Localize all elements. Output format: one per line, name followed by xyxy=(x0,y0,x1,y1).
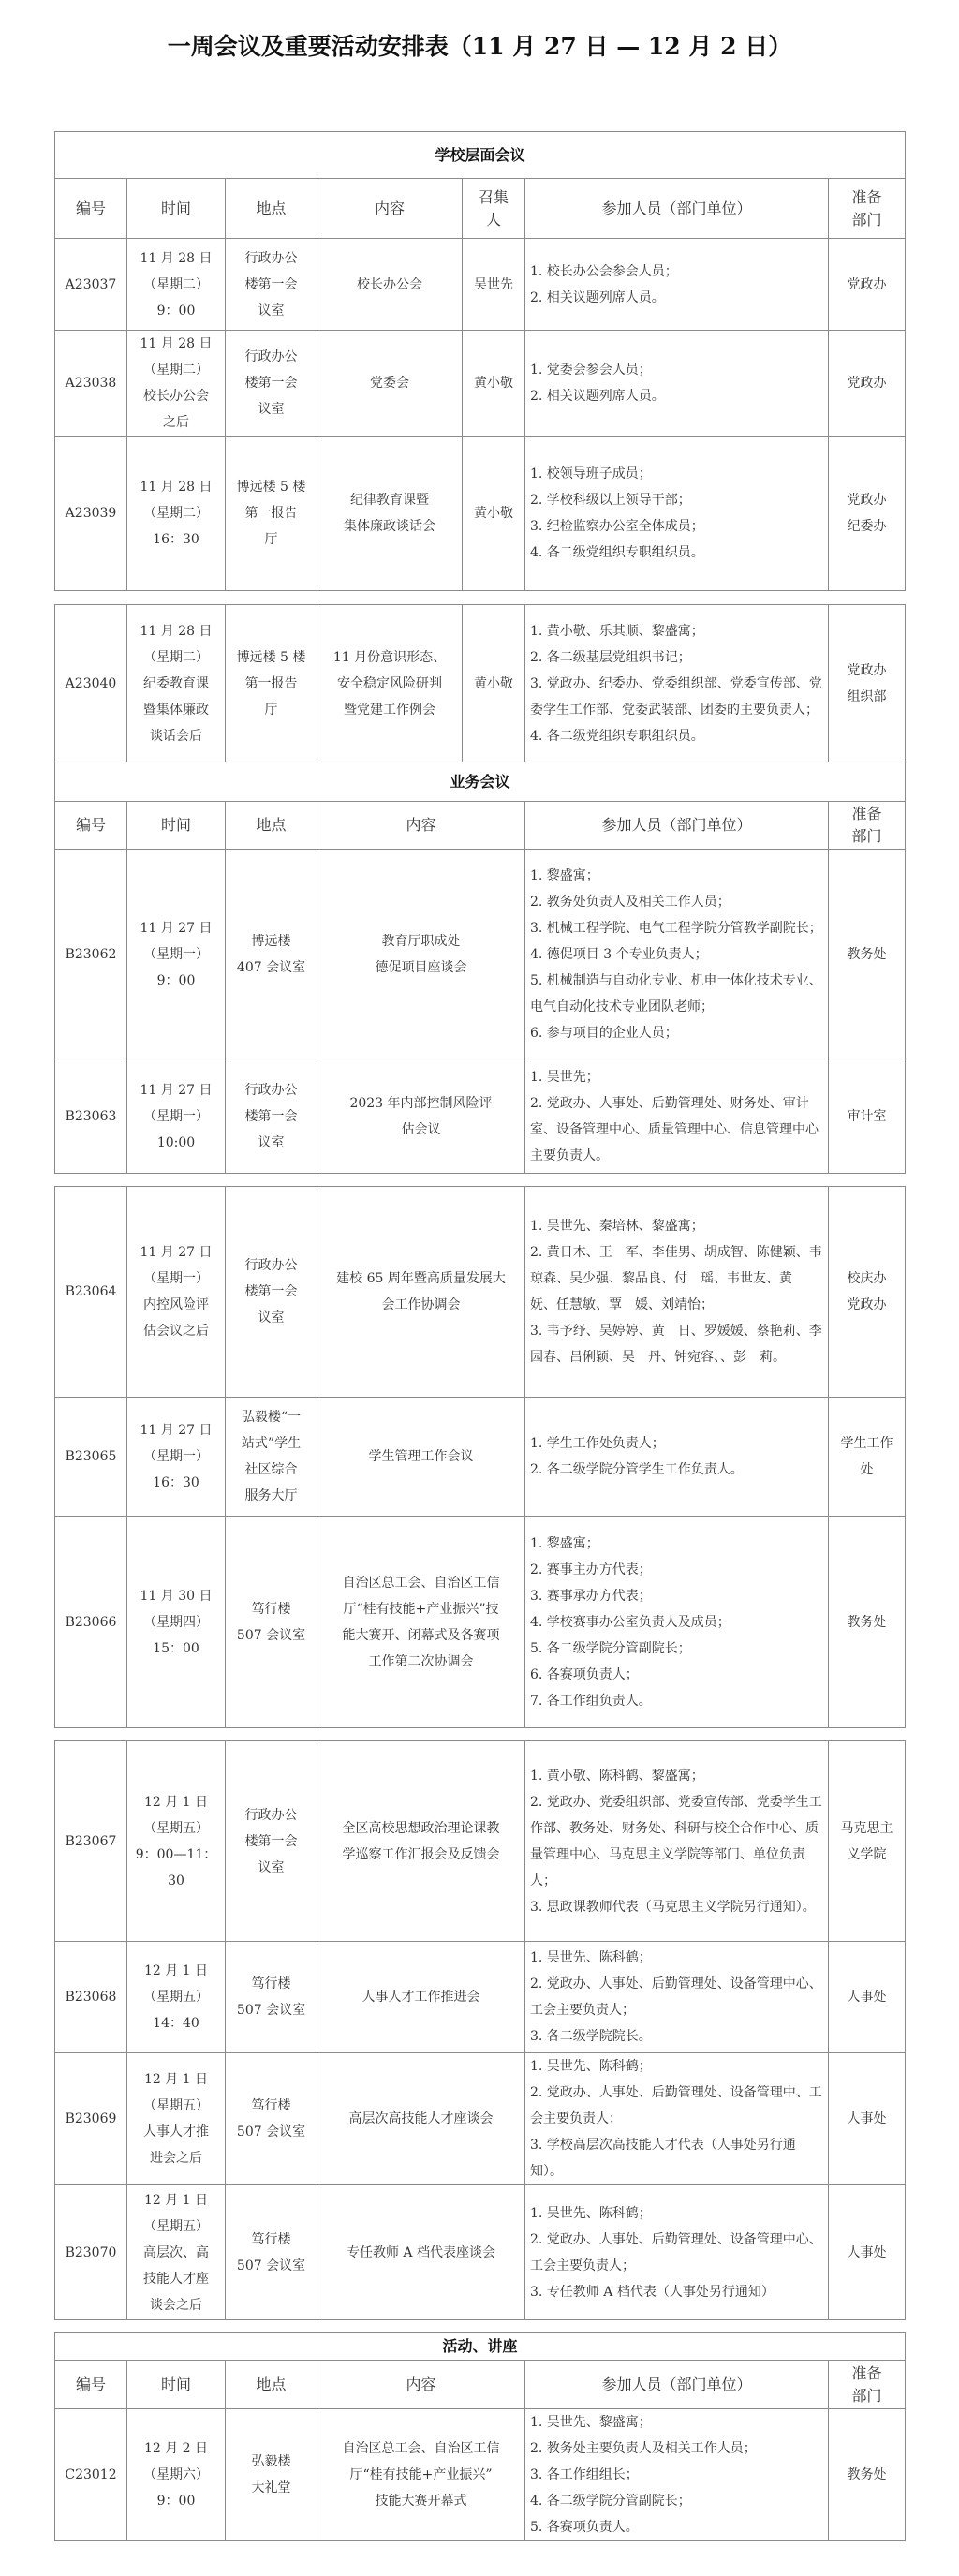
cell-participants-line: 1. 校领导班子成员； xyxy=(530,461,823,487)
cell-place: 行政办公楼第一会议室 xyxy=(226,1187,317,1398)
section-title-school: 学校层面会议 xyxy=(55,132,906,179)
cell-time-line: 进会之后 xyxy=(131,2145,221,2171)
table-row: A2304011 月 28 日（星期二）纪委教育课暨集体廉政谈话会后博远楼 5 … xyxy=(55,605,906,762)
section-title-activities: 活动、讲座 xyxy=(55,2333,906,2361)
cell-participants-line: 3. 学校高层次高技能人才代表（人事处另行通知）。 xyxy=(530,2132,823,2184)
cell-participants: 1. 黄小敬、陈科鹤、黎盛寓；2. 党政办、党委组织部、党委宣传部、党委学生工作… xyxy=(525,1741,829,1942)
cell-time: 12 月 1 日（星期五）人事人才推进会之后 xyxy=(127,2053,226,2185)
cell-time-line: 16：30 xyxy=(131,1470,221,1496)
cell-participants-line: 1. 吴世先、陈科鹤； xyxy=(530,2200,823,2227)
cell-time: 11 月 27 日（星期一）16：30 xyxy=(127,1398,226,1517)
cell-content: 教育厅职成处德促项目座谈会 xyxy=(317,850,525,1059)
cell-convener: 吴世先 xyxy=(463,239,525,331)
cell-time: 12 月 1 日（星期五）9：00—11：30 xyxy=(127,1741,226,1942)
cell-participants: 1. 吴世先、陈科鹤；2. 党政办、人事处、后勤管理处、设备管理中心、工会主要负… xyxy=(525,2185,829,2320)
table-row: B2306611 月 30 日（星期四）15：00笃行楼507 会议室自治区总工… xyxy=(55,1517,906,1728)
cell-dept: 党政办组织部 xyxy=(829,605,906,762)
cell-content-line: 高层次高技能人才座谈会 xyxy=(321,2106,521,2132)
cell-time: 11 月 30 日（星期四）15：00 xyxy=(127,1517,226,1728)
cell-time: 11 月 27 日（星期一）10:00 xyxy=(127,1059,226,1174)
cell-content-line: 教育厅职成处 xyxy=(321,928,521,955)
cell-time-line: 12 月 1 日 xyxy=(131,1789,221,1815)
cell-content-line: 11 月份意识形态、 xyxy=(321,644,458,671)
header-dept: 准备部门 xyxy=(829,802,906,850)
cell-dept: 人事处 xyxy=(829,1942,906,2053)
cell-dept-line: 人事处 xyxy=(833,1984,901,2010)
cell-dept: 教务处 xyxy=(829,1517,906,1728)
cell-time-line: 11 月 28 日 xyxy=(131,474,221,500)
cell-content-line: 学生管理工作会议 xyxy=(321,1443,521,1470)
cell-dept-line: 党政办 xyxy=(833,658,901,684)
cell-place: 博远楼 5 楼第一报告厅 xyxy=(226,437,317,591)
cell-place-line: 厅 xyxy=(229,697,313,723)
cell-participants-line: 3. 各工作组组长； xyxy=(530,2462,823,2488)
cell-participants: 1. 学生工作处负责人；2. 各二级学院分管学生工作负责人。 xyxy=(525,1398,829,1517)
cell-participants-line: 2. 学校科级以上领导干部； xyxy=(530,487,823,513)
cell-place: 行政办公楼第一会议室 xyxy=(226,1741,317,1942)
cell-dept-line: 人事处 xyxy=(833,2106,901,2132)
cell-participants-line: 3. 专任教师 A 档代表（人事处另行通知） xyxy=(530,2279,823,2305)
cell-place-line: 行政办公 xyxy=(229,1252,313,1279)
cell-dept-line: 教务处 xyxy=(833,1609,901,1636)
cell-time: 11 月 27 日（星期一）9：00 xyxy=(127,850,226,1059)
cell-participants-line: 4. 德促项目 3 个专业负责人； xyxy=(530,941,823,968)
table-row: A2303811 月 28 日（星期二）校长办公会之后行政办公楼第一会议室党委会… xyxy=(55,331,906,437)
cell-time-line: 9：00—11： xyxy=(131,1842,221,1868)
cell-dept-line: 校庆办 xyxy=(833,1266,901,1292)
cell-place-line: 楼第一会 xyxy=(229,370,313,396)
header-participants: 参加人员（部门单位） xyxy=(525,802,829,850)
cell-participants: 1. 校长办公会参会人员；2. 相关议题列席人员。 xyxy=(525,239,829,331)
cell-place-line: 社区综合 xyxy=(229,1457,313,1483)
cell-participants-line: 3. 韦予纾、吴婷婷、黄 日、罗媛媛、蔡艳莉、李园春、吕俐颖、吴 丹、钟宛容、、… xyxy=(530,1318,823,1370)
cell-content-line: 德促项目座谈会 xyxy=(321,955,521,981)
table-row: C2301212 月 2 日（星期六）9：00弘毅楼大礼堂自治区总工会、自治区工… xyxy=(55,2409,906,2541)
cell-time-line: 内控风险评 xyxy=(131,1292,221,1318)
cell-time: 11 月 28 日（星期二）16：30 xyxy=(127,437,226,591)
cell-content-line: 专任教师 A 档代表座谈会 xyxy=(321,2240,521,2266)
cell-time: 12 月 2 日（星期六）9：00 xyxy=(127,2409,226,2541)
cell-content: 建校 65 周年暨高质量发展大会工作协调会 xyxy=(317,1187,525,1398)
cell-participants-line: 1. 黄小敬、乐其顺、黎盛寓； xyxy=(530,618,823,644)
cell-participants: 1. 吴世先、陈科鹤；2. 党政办、人事处、后勤管理处、设备管理中心、工会主要负… xyxy=(525,1942,829,2053)
cell-place: 笃行楼507 会议室 xyxy=(226,2185,317,2320)
cell-place-line: 笃行楼 xyxy=(229,1596,313,1622)
cell-time-line: 谈话会后 xyxy=(131,723,221,749)
cell-participants-line: 1. 黄小敬、陈科鹤、黎盛寓； xyxy=(530,1763,823,1789)
cell-id: B23062 xyxy=(55,850,127,1059)
cell-time-line: 11 月 27 日 xyxy=(131,915,221,941)
cell-time-line: 11 月 27 日 xyxy=(131,1077,221,1103)
activities-table: 活动、讲座 编号 时间 地点 内容 参加人员（部门单位） 准备部门 C23012… xyxy=(54,2332,906,2541)
header-place: 地点 xyxy=(226,179,317,239)
cell-time-line: 暨集体廉政 xyxy=(131,697,221,723)
cell-place-line: 弘毅楼 xyxy=(229,2449,313,2475)
cell-time-line: 15：00 xyxy=(131,1636,221,1662)
cell-time-line: 30 xyxy=(131,1868,221,1894)
cell-time: 12 月 1 日（星期五）高层次、高技能人才座谈会之后 xyxy=(127,2185,226,2320)
cell-participants-line: 2. 赛事主办方代表； xyxy=(530,1557,823,1583)
cell-content-line: 工作第二次协调会 xyxy=(321,1649,521,1675)
cell-place-line: 博远楼 5 楼 xyxy=(229,644,313,671)
document-title: 一周会议及重要活动安排表（11 月 27 日 — 12 月 2 日） xyxy=(0,28,959,62)
cell-place: 行政办公楼第一会议室 xyxy=(226,239,317,331)
cell-time-line: 9：00 xyxy=(131,2488,221,2514)
cell-participants: 1. 吴世先、秦培林、黎盛寓；2. 黄日木、王 军、李佳男、胡成智、陈健颖、韦琼… xyxy=(525,1187,829,1398)
cell-id: A23039 xyxy=(55,437,127,591)
cell-participants: 1. 吴世先、陈科鹤；2. 党政办、人事处、后勤管理处、设备管理中、工会主要负责… xyxy=(525,2053,829,2185)
cell-time: 12 月 1 日（星期五）14：40 xyxy=(127,1942,226,2053)
cell-place: 笃行楼507 会议室 xyxy=(226,1942,317,2053)
cell-id: A23037 xyxy=(55,239,127,331)
header-row: 编号 时间 地点 内容 召集人 参加人员（部门单位） 准备部门 xyxy=(55,179,906,239)
cell-dept-line: 党政办 xyxy=(833,1292,901,1318)
cell-time-line: 11 月 28 日 xyxy=(131,331,221,357)
header-content: 内容 xyxy=(317,179,463,239)
cell-participants-line: 3. 党政办、纪委办、党委组织部、党委宣传部、党委学生工作部、党委武装部、团委的… xyxy=(530,671,823,723)
cell-place: 弘毅楼大礼堂 xyxy=(226,2409,317,2541)
cell-content-line: 纪律教育课暨 xyxy=(321,487,458,513)
cell-place-line: 厅 xyxy=(229,526,313,553)
cell-time-line: 12 月 1 日 xyxy=(131,1958,221,1984)
cell-place-line: 行政办公 xyxy=(229,344,313,370)
cell-content-line: 能大赛开、闭幕式及各赛项 xyxy=(321,1622,521,1649)
cell-content-line: 估会议 xyxy=(321,1117,521,1143)
cell-participants-line: 4. 各二级学院分管副院长； xyxy=(530,2488,823,2514)
cell-time-line: 9：00 xyxy=(131,968,221,994)
cell-time-line: （星期六） xyxy=(131,2462,221,2488)
cell-place-line: 弘毅楼“一 xyxy=(229,1404,313,1430)
school-meetings-table: 学校层面会议 编号 时间 地点 内容 召集人 参加人员（部门单位） 准备部门 A… xyxy=(54,131,906,591)
cell-time-line: （星期二） xyxy=(131,357,221,383)
cell-participants-line: 2. 教务处负责人及相关工作人员； xyxy=(530,889,823,915)
cell-participants-line: 7. 各工作组负责人。 xyxy=(530,1688,823,1714)
header-id: 编号 xyxy=(55,802,127,850)
cell-time-line: 技能人才座 xyxy=(131,2266,221,2292)
cell-participants-line: 3. 各二级学院院长。 xyxy=(530,2023,823,2050)
table-row: B2306411 月 27 日（星期一）内控风险评估会议之后行政办公楼第一会议室… xyxy=(55,1187,906,1398)
cell-participants-line: 6. 参与项目的企业人员； xyxy=(530,1020,823,1046)
cell-time-line: （星期五） xyxy=(131,2093,221,2119)
cell-dept: 党政办 xyxy=(829,239,906,331)
header-content: 内容 xyxy=(317,2361,525,2409)
business-table-3: B2306712 月 1 日（星期五）9：00—11：30行政办公楼第一会议室全… xyxy=(54,1740,906,2320)
cell-place-line: 议室 xyxy=(229,1130,313,1156)
header-convener: 召集人 xyxy=(463,179,525,239)
cell-place-line: 博远楼 xyxy=(229,928,313,955)
cell-dept: 党政办纪委办 xyxy=(829,437,906,591)
cell-time-line: 11 月 27 日 xyxy=(131,1239,221,1266)
cell-participants-line: 4. 各二级党组织专职组织员。 xyxy=(530,540,823,566)
cell-time-line: （星期二） xyxy=(131,272,221,298)
header-dept: 准备部门 xyxy=(829,2361,906,2409)
cell-time-line: （星期一） xyxy=(131,1443,221,1470)
cell-participants-line: 2. 各二级学院分管学生工作负责人。 xyxy=(530,1457,823,1483)
cell-place-line: 楼第一会 xyxy=(229,1828,313,1855)
school-and-business-table: A2304011 月 28 日（星期二）纪委教育课暨集体廉政谈话会后博远楼 5 … xyxy=(54,604,906,1174)
cell-id: A23040 xyxy=(55,605,127,762)
cell-time-line: （星期一） xyxy=(131,941,221,968)
cell-content-line: 建校 65 周年暨高质量发展大 xyxy=(321,1266,521,1292)
cell-participants-line: 1. 黎盛寓； xyxy=(530,1531,823,1557)
cell-place-line: 行政办公 xyxy=(229,1802,313,1828)
cell-content: 11 月份意识形态、安全稳定风险研判暨党建工作例会 xyxy=(317,605,463,762)
cell-dept: 校庆办党政办 xyxy=(829,1187,906,1398)
cell-convener: 黄小敬 xyxy=(463,437,525,591)
cell-place-line: 议室 xyxy=(229,298,313,324)
cell-participants-line: 2. 党政办、党委组织部、党委宣传部、党委学生工作部、教务处、财务处、科研与校企… xyxy=(530,1789,823,1894)
cell-content-line: 厅“桂有技能+产业振兴” xyxy=(321,2462,521,2488)
cell-participants-line: 2. 党政办、人事处、后勤管理处、设备管理中心、工会主要负责人； xyxy=(530,2227,823,2279)
cell-participants-line: 1. 校长办公会参会人员； xyxy=(530,259,823,285)
cell-dept: 人事处 xyxy=(829,2185,906,2320)
cell-time-line: （星期二） xyxy=(131,500,221,526)
cell-participants: 1. 黄小敬、乐其顺、黎盛寓；2. 各二级基层党组织书记；3. 党政办、纪委办、… xyxy=(525,605,829,762)
cell-participants-line: 1. 吴世先、陈科鹤； xyxy=(530,1945,823,1971)
cell-content-line: 技能大赛开幕式 xyxy=(321,2488,521,2514)
cell-participants-line: 1. 吴世先、陈科鹤； xyxy=(530,2053,823,2080)
cell-place-line: 第一报告 xyxy=(229,671,313,697)
cell-content-line: 自治区总工会、自治区工信 xyxy=(321,1570,521,1596)
header-place: 地点 xyxy=(226,802,317,850)
cell-time-line: 12 月 1 日 xyxy=(131,2066,221,2093)
cell-participants: 1. 党委会参会人员；2. 相关议题列席人员。 xyxy=(525,331,829,437)
cell-place-line: 笃行楼 xyxy=(229,1971,313,1997)
cell-participants-line: 2. 黄日木、王 军、李佳男、胡成智、陈健颖、韦琼森、吴少强、黎品良、付 瑶、韦… xyxy=(530,1239,823,1318)
cell-content-line: 厅“桂有技能+产业振兴”技 xyxy=(321,1596,521,1622)
table-row: A2303911 月 28 日（星期二）16：30博远楼 5 楼第一报告厅纪律教… xyxy=(55,437,906,591)
cell-time-line: 人事人才推 xyxy=(131,2119,221,2145)
cell-dept: 教务处 xyxy=(829,2409,906,2541)
table-row: A2303711 月 28 日（星期二）9：00行政办公楼第一会议室校长办公会吴… xyxy=(55,239,906,331)
cell-content-line: 自治区总工会、自治区工信 xyxy=(321,2435,521,2462)
cell-dept: 马克思主义学院 xyxy=(829,1741,906,1942)
cell-participants-line: 2. 相关议题列席人员。 xyxy=(530,383,823,409)
cell-time: 11 月 28 日（星期二）纪委教育课暨集体廉政谈话会后 xyxy=(127,605,226,762)
cell-dept-line: 教务处 xyxy=(833,941,901,968)
cell-participants-line: 4. 各二级党组织专职组织员。 xyxy=(530,723,823,749)
cell-time-line: 12 月 2 日 xyxy=(131,2435,221,2462)
cell-participants-line: 2. 党政办、人事处、后勤管理处、财务处、审计室、设备管理中心、质量管理中心、信… xyxy=(530,1090,823,1169)
cell-place-line: 议室 xyxy=(229,396,313,422)
cell-id: B23064 xyxy=(55,1187,127,1398)
header-id: 编号 xyxy=(55,179,127,239)
cell-time-line: 之后 xyxy=(131,409,221,436)
cell-convener: 黄小敬 xyxy=(463,331,525,437)
cell-place: 笃行楼507 会议室 xyxy=(226,2053,317,2185)
cell-dept-line: 义学院 xyxy=(833,1842,901,1868)
cell-content-line: 集体廉政谈话会 xyxy=(321,513,458,540)
table-row: B2306812 月 1 日（星期五）14：40笃行楼507 会议室人事人才工作… xyxy=(55,1942,906,2053)
header-row: 编号 时间 地点 内容 参加人员（部门单位） 准备部门 xyxy=(55,2361,906,2409)
cell-time-line: 高层次、高 xyxy=(131,2240,221,2266)
table-row: B2307012 月 1 日（星期五）高层次、高技能人才座谈会之后笃行楼507 … xyxy=(55,2185,906,2320)
cell-id: C23012 xyxy=(55,2409,127,2541)
cell-participants-line: 3. 思政课教师代表（马克思主义学院另行通知）。 xyxy=(530,1894,823,1920)
cell-dept: 审计室 xyxy=(829,1059,906,1174)
cell-participants-line: 2. 党政办、人事处、后勤管理处、设备管理中心、工会主要负责人； xyxy=(530,1971,823,2023)
cell-time: 11 月 28 日（星期二）校长办公会之后 xyxy=(127,331,226,437)
cell-participants-line: 6. 各赛项负责人； xyxy=(530,1662,823,1688)
header-participants: 参加人员（部门单位） xyxy=(525,179,829,239)
cell-content: 党委会 xyxy=(317,331,463,437)
cell-time-line: （星期五） xyxy=(131,1815,221,1842)
cell-place-line: 507 会议室 xyxy=(229,1997,313,2023)
cell-content-line: 人事人才工作推进会 xyxy=(321,1984,521,2010)
cell-participants-line: 4. 学校赛事办公室负责人及成员； xyxy=(530,1609,823,1636)
cell-participants: 1. 校领导班子成员；2. 学校科级以上领导干部；3. 纪检监察办公室全体成员；… xyxy=(525,437,829,591)
cell-place-line: 507 会议室 xyxy=(229,2253,313,2279)
cell-place-line: 407 会议室 xyxy=(229,955,313,981)
cell-participants-line: 2. 各二级基层党组织书记； xyxy=(530,644,823,671)
cell-id: B23063 xyxy=(55,1059,127,1174)
cell-content: 自治区总工会、自治区工信厅“桂有技能+产业振兴”技能大赛开幕式 xyxy=(317,2409,525,2541)
cell-participants-line: 5. 各赛项负责人。 xyxy=(530,2514,823,2540)
cell-participants-line: 3. 机械工程学院、电气工程学院分管教学副院长； xyxy=(530,915,823,941)
business-table-2: B2306411 月 27 日（星期一）内控风险评估会议之后行政办公楼第一会议室… xyxy=(54,1186,906,1728)
cell-time-line: 谈会之后 xyxy=(131,2292,221,2318)
cell-participants: 1. 吴世先；2. 党政办、人事处、后勤管理处、财务处、审计室、设备管理中心、质… xyxy=(525,1059,829,1174)
cell-place-line: 博远楼 5 楼 xyxy=(229,474,313,500)
cell-time-line: 11 月 30 日 xyxy=(131,1583,221,1609)
cell-participants-line: 2. 相关议题列席人员。 xyxy=(530,285,823,311)
cell-time-line: 11 月 27 日 xyxy=(131,1417,221,1443)
header-time: 时间 xyxy=(127,2361,226,2409)
header-place: 地点 xyxy=(226,2361,317,2409)
cell-dept: 学生工作处 xyxy=(829,1398,906,1517)
cell-place: 博远楼 5 楼第一报告厅 xyxy=(226,605,317,762)
cell-dept-line: 纪委办 xyxy=(833,513,901,540)
cell-content: 自治区总工会、自治区工信厅“桂有技能+产业振兴”技能大赛开、闭幕式及各赛项工作第… xyxy=(317,1517,525,1728)
cell-participants-line: 1. 吴世先、秦培林、黎盛寓； xyxy=(530,1213,823,1239)
cell-time-line: （星期一） xyxy=(131,1103,221,1130)
cell-time-line: 14：40 xyxy=(131,2010,221,2036)
cell-place-line: 议室 xyxy=(229,1305,313,1331)
cell-content-line: 2023 年内部控制风险评 xyxy=(321,1090,521,1117)
cell-place: 笃行楼507 会议室 xyxy=(226,1517,317,1728)
cell-time-line: 16：30 xyxy=(131,526,221,553)
cell-time-line: （星期二） xyxy=(131,644,221,671)
cell-participants-line: 5. 各二级学院分管副院长； xyxy=(530,1636,823,1662)
header-time: 时间 xyxy=(127,179,226,239)
header-dept: 准备部门 xyxy=(829,179,906,239)
cell-place-line: 行政办公 xyxy=(229,245,313,272)
cell-participants-line: 1. 黎盛寓； xyxy=(530,863,823,889)
cell-place: 行政办公楼第一会议室 xyxy=(226,331,317,437)
cell-dept-line: 审计室 xyxy=(833,1103,901,1130)
cell-participants-line: 1. 党委会参会人员； xyxy=(530,357,823,383)
table-row: B2306712 月 1 日（星期五）9：00—11：30行政办公楼第一会议室全… xyxy=(55,1741,906,1942)
cell-time-line: （星期五） xyxy=(131,1984,221,2010)
cell-participants-line: 3. 纪检监察办公室全体成员； xyxy=(530,513,823,540)
cell-content-line: 安全稳定风险研判 xyxy=(321,671,458,697)
cell-place-line: 大礼堂 xyxy=(229,2475,313,2501)
cell-participants-line: 3. 赛事承办方代表； xyxy=(530,1583,823,1609)
cell-id: B23066 xyxy=(55,1517,127,1728)
cell-place-line: 第一报告 xyxy=(229,500,313,526)
cell-place-line: 楼第一会 xyxy=(229,1103,313,1130)
cell-time-line: 纪委教育课 xyxy=(131,671,221,697)
cell-place-line: 行政办公 xyxy=(229,1077,313,1103)
cell-place-line: 笃行楼 xyxy=(229,2093,313,2119)
cell-time-line: 10:00 xyxy=(131,1130,221,1156)
header-content: 内容 xyxy=(317,802,525,850)
cell-place-line: 楼第一会 xyxy=(229,1279,313,1305)
cell-dept: 人事处 xyxy=(829,2053,906,2185)
cell-time-line: 11 月 28 日 xyxy=(131,618,221,644)
table-row: B2306912 月 1 日（星期五）人事人才推进会之后笃行楼507 会议室高层… xyxy=(55,2053,906,2185)
cell-id: B23067 xyxy=(55,1741,127,1942)
cell-convener: 黄小敬 xyxy=(463,605,525,762)
cell-place-line: 站式”学生 xyxy=(229,1430,313,1457)
cell-content-line: 党委会 xyxy=(321,370,458,396)
cell-place: 行政办公楼第一会议室 xyxy=(226,1059,317,1174)
cell-dept-line: 党政办 xyxy=(833,487,901,513)
table-row: B2306511 月 27 日（星期一）16：30弘毅楼“一站式”学生社区综合服… xyxy=(55,1398,906,1517)
cell-dept-line: 学生工作 xyxy=(833,1430,901,1457)
cell-time-line: 9：00 xyxy=(131,298,221,324)
cell-content: 学生管理工作会议 xyxy=(317,1398,525,1517)
cell-place: 博远楼407 会议室 xyxy=(226,850,317,1059)
cell-participants-line: 1. 吴世先； xyxy=(530,1064,823,1090)
cell-participants-line: 1. 吴世先、黎盛寓； xyxy=(530,2409,823,2435)
cell-content-line: 会工作协调会 xyxy=(321,1292,521,1318)
cell-content: 人事人才工作推进会 xyxy=(317,1942,525,2053)
cell-time-line: 校长办公会 xyxy=(131,383,221,409)
header-id: 编号 xyxy=(55,2361,127,2409)
cell-participants-line: 1. 学生工作处负责人； xyxy=(530,1430,823,1457)
cell-dept-line: 处 xyxy=(833,1457,901,1483)
cell-participants-line: 2. 党政办、人事处、后勤管理处、设备管理中、工会主要负责人； xyxy=(530,2080,823,2132)
cell-content: 纪律教育课暨集体廉政谈话会 xyxy=(317,437,463,591)
cell-participants: 1. 黎盛寓；2. 赛事主办方代表；3. 赛事承办方代表；4. 学校赛事办公室负… xyxy=(525,1517,829,1728)
cell-time-line: （星期五） xyxy=(131,2213,221,2240)
table-row: B2306211 月 27 日（星期一）9：00博远楼407 会议室教育厅职成处… xyxy=(55,850,906,1059)
cell-participants-line: 2. 教务处主要负责人及相关工作人员； xyxy=(530,2435,823,2462)
cell-participants-line: 5. 机械制造与自动化专业、机电一体化技术专业、电气自动化技术专业团队老师； xyxy=(530,968,823,1020)
cell-dept-line: 人事处 xyxy=(833,2240,901,2266)
cell-place-line: 笃行楼 xyxy=(229,2227,313,2253)
section-title-business: 业务会议 xyxy=(55,762,906,802)
cell-time: 11 月 27 日（星期一）内控风险评估会议之后 xyxy=(127,1187,226,1398)
cell-content-line: 暨党建工作例会 xyxy=(321,697,458,723)
cell-id: A23038 xyxy=(55,331,127,437)
cell-place-line: 服务大厅 xyxy=(229,1483,313,1509)
cell-place: 弘毅楼“一站式”学生社区综合服务大厅 xyxy=(226,1398,317,1517)
cell-dept-line: 党政办 xyxy=(833,370,901,396)
cell-place-line: 议室 xyxy=(229,1855,313,1881)
cell-content: 全区高校思想政治理论课教学巡察工作汇报会及反馈会 xyxy=(317,1741,525,1942)
cell-dept: 教务处 xyxy=(829,850,906,1059)
cell-content: 校长办公会 xyxy=(317,239,463,331)
cell-content: 专任教师 A 档代表座谈会 xyxy=(317,2185,525,2320)
cell-time-line: （星期四） xyxy=(131,1609,221,1636)
cell-content: 2023 年内部控制风险评估会议 xyxy=(317,1059,525,1174)
cell-place-line: 507 会议室 xyxy=(229,1622,313,1649)
cell-dept: 党政办 xyxy=(829,331,906,437)
cell-participants: 1. 黎盛寓；2. 教务处负责人及相关工作人员；3. 机械工程学院、电气工程学院… xyxy=(525,850,829,1059)
cell-id: B23068 xyxy=(55,1942,127,2053)
cell-id: B23070 xyxy=(55,2185,127,2320)
cell-time-line: 12 月 1 日 xyxy=(131,2187,221,2213)
cell-place-line: 507 会议室 xyxy=(229,2119,313,2145)
header-time: 时间 xyxy=(127,802,226,850)
cell-dept-line: 党政办 xyxy=(833,272,901,298)
header-participants: 参加人员（部门单位） xyxy=(525,2361,829,2409)
cell-place-line: 楼第一会 xyxy=(229,272,313,298)
cell-id: B23069 xyxy=(55,2053,127,2185)
cell-time-line: 11 月 28 日 xyxy=(131,245,221,272)
